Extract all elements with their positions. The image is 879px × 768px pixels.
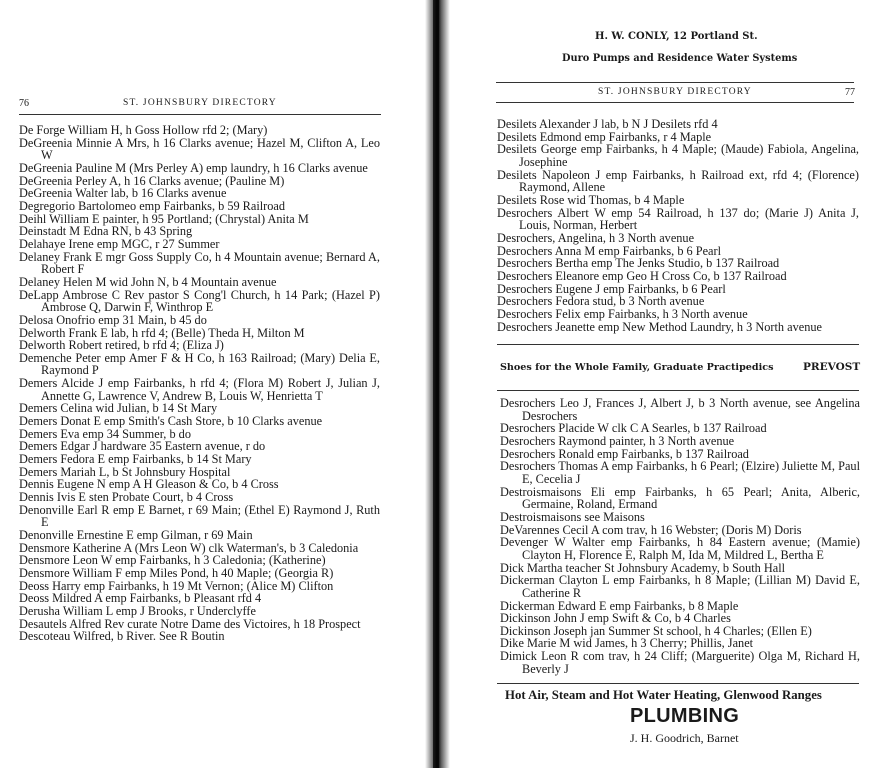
directory-entry: Desrochers Jeanette emp New Method Laund…	[497, 321, 859, 334]
directory-entry: Demenche Peter emp Amer F & H Co, h 163 …	[19, 352, 380, 377]
ad-rule-bottom	[497, 390, 859, 391]
heating-ad-text: Hot Air, Steam and Hot Water Heating, Gl…	[505, 688, 822, 703]
directory-entry: Desrochers Thomas A emp Fairbanks, h 6 P…	[500, 460, 860, 485]
directory-entry: Densmore William F emp Miles Pond, h 40 …	[19, 567, 380, 580]
conly-ad-title: H. W. CONLY, 12 Portland St.	[595, 31, 758, 42]
directory-entry: Delaney Frank E mgr Goss Supply Co, h 4 …	[19, 251, 380, 276]
directory-entry: Dimick Leon R com trav, h 24 Cliff; (Mar…	[500, 650, 860, 675]
directory-entry: Dickinson John J emp Swift & Co, b 4 Cha…	[500, 612, 860, 625]
directory-entry: Demers Donat E emp Smith's Cash Store, b…	[19, 415, 380, 428]
directory-entry: Dickerman Clayton L emp Fairbanks, h 8 M…	[500, 574, 860, 599]
page-number: 77	[845, 87, 855, 98]
prevost-ad-name: PREVOST	[803, 361, 860, 373]
directory-entry: DeGreenia Minnie A Mrs, h 16 Clarks aven…	[19, 137, 380, 162]
directory-entry: Delahaye Irene emp MGC, r 27 Summer	[19, 238, 380, 251]
directory-entry: Degregorio Bartolomeo emp Fairbanks, b 5…	[19, 200, 380, 213]
directory-entry: Deinstadt M Edna RN, b 43 Spring	[19, 225, 380, 238]
directory-entry: Denonville Ernestine E emp Gilman, r 69 …	[19, 529, 380, 542]
plumbing-ad-title: PLUMBING	[630, 705, 739, 728]
directory-entry: Delosa Onofrio emp 31 Main, b 45 do	[19, 314, 380, 327]
shoes-ad-text: Shoes for the Whole Family, Graduate Pra…	[500, 362, 773, 373]
directory-entry: Derusha William L emp J Brooks, r Underc…	[19, 605, 380, 618]
directory-listing: De Forge William H, h Goss Hollow rfd 2;…	[19, 124, 380, 643]
directory-entry: Desilets Alexander J lab, b N J Desilets…	[497, 118, 859, 131]
directory-entry: Desilets Napoleon J emp Fairbanks, h Rai…	[497, 169, 859, 194]
directory-entry: Demers Alcide J emp Fairbanks, h rfd 4; …	[19, 377, 380, 402]
directory-entry: Devenger W Walter emp Fairbanks, h 84 Ea…	[500, 536, 860, 561]
header-rule-top	[496, 82, 854, 83]
directory-entry: Desrochers, Angelina, h 3 North avenue	[497, 232, 859, 245]
directory-listing-top: Desilets Alexander J lab, b N J Desilets…	[497, 118, 859, 333]
book-gutter	[425, 0, 450, 768]
directory-entry: Descoteau Wilfred, b River. See R Boutin	[19, 630, 380, 643]
header-rule	[19, 114, 381, 115]
directory-entry: Desrochers Raymond painter, h 3 North av…	[500, 435, 860, 448]
directory-entry: Desrochers Leo J, Frances J, Albert J, b…	[500, 397, 860, 422]
directory-entry: Denonville Earl R emp E Barnet, r 69 Mai…	[19, 504, 380, 529]
directory-entry: Delaney Helen M wid John N, b 4 Mountain…	[19, 276, 380, 289]
directory-entry: Dennis Ivis E sten Probate Court, b 4 Cr…	[19, 491, 380, 504]
directory-entry: Delworth Robert retired, b rfd 4; (Eliza…	[19, 339, 380, 352]
directory-entry: De Forge William H, h Goss Hollow rfd 2;…	[19, 124, 380, 137]
directory-entry: DeGreenia Pauline M (Mrs Perley A) emp l…	[19, 162, 380, 175]
directory-entry: DeLapp Ambrose C Rev pastor S Cong'l Chu…	[19, 289, 380, 314]
directory-entry: Desrochers Felix emp Fairbanks, h 3 Nort…	[497, 308, 859, 321]
goodrich-ad-name: J. H. Goodrich, Barnet	[630, 731, 739, 746]
directory-entry: Desrochers Fedora stud, b 3 North avenue	[497, 295, 859, 308]
directory-entry: Destroismaisons Eli emp Fairbanks, h 65 …	[500, 486, 860, 511]
left-page: 76 ST. JOHNSBURY DIRECTORY De Forge Will…	[0, 0, 425, 768]
right-page: H. W. CONLY, 12 Portland St. Duro Pumps …	[450, 0, 879, 768]
directory-listing-bottom: Desrochers Leo J, Frances J, Albert J, b…	[500, 397, 860, 675]
footer-ad-rule	[497, 683, 859, 684]
directory-entry: Desrochers Eleanore emp Geo H Cross Co, …	[497, 270, 859, 283]
directory-entry: Desrochers Bertha emp The Jenks Studio, …	[497, 257, 859, 270]
page-number: 76	[19, 98, 29, 109]
header-rule-bottom	[496, 102, 854, 103]
running-head: ST. JOHNSBURY DIRECTORY	[123, 98, 277, 108]
directory-entry: Desilets Rose wid Thomas, b 4 Maple	[497, 194, 859, 207]
directory-entry: Demers Fedora E emp Fairbanks, b 14 St M…	[19, 453, 380, 466]
running-head: ST. JOHNSBURY DIRECTORY	[598, 87, 752, 97]
directory-entry: Destroismaisons see Maisons	[500, 511, 860, 524]
conly-ad-tagline: Duro Pumps and Residence Water Systems	[562, 53, 797, 64]
ad-rule-top	[497, 344, 859, 345]
directory-entry: Desrochers Albert W emp 54 Railroad, h 1…	[497, 207, 859, 232]
directory-entry: Desilets George emp Fairbanks, h 4 Maple…	[497, 143, 859, 168]
